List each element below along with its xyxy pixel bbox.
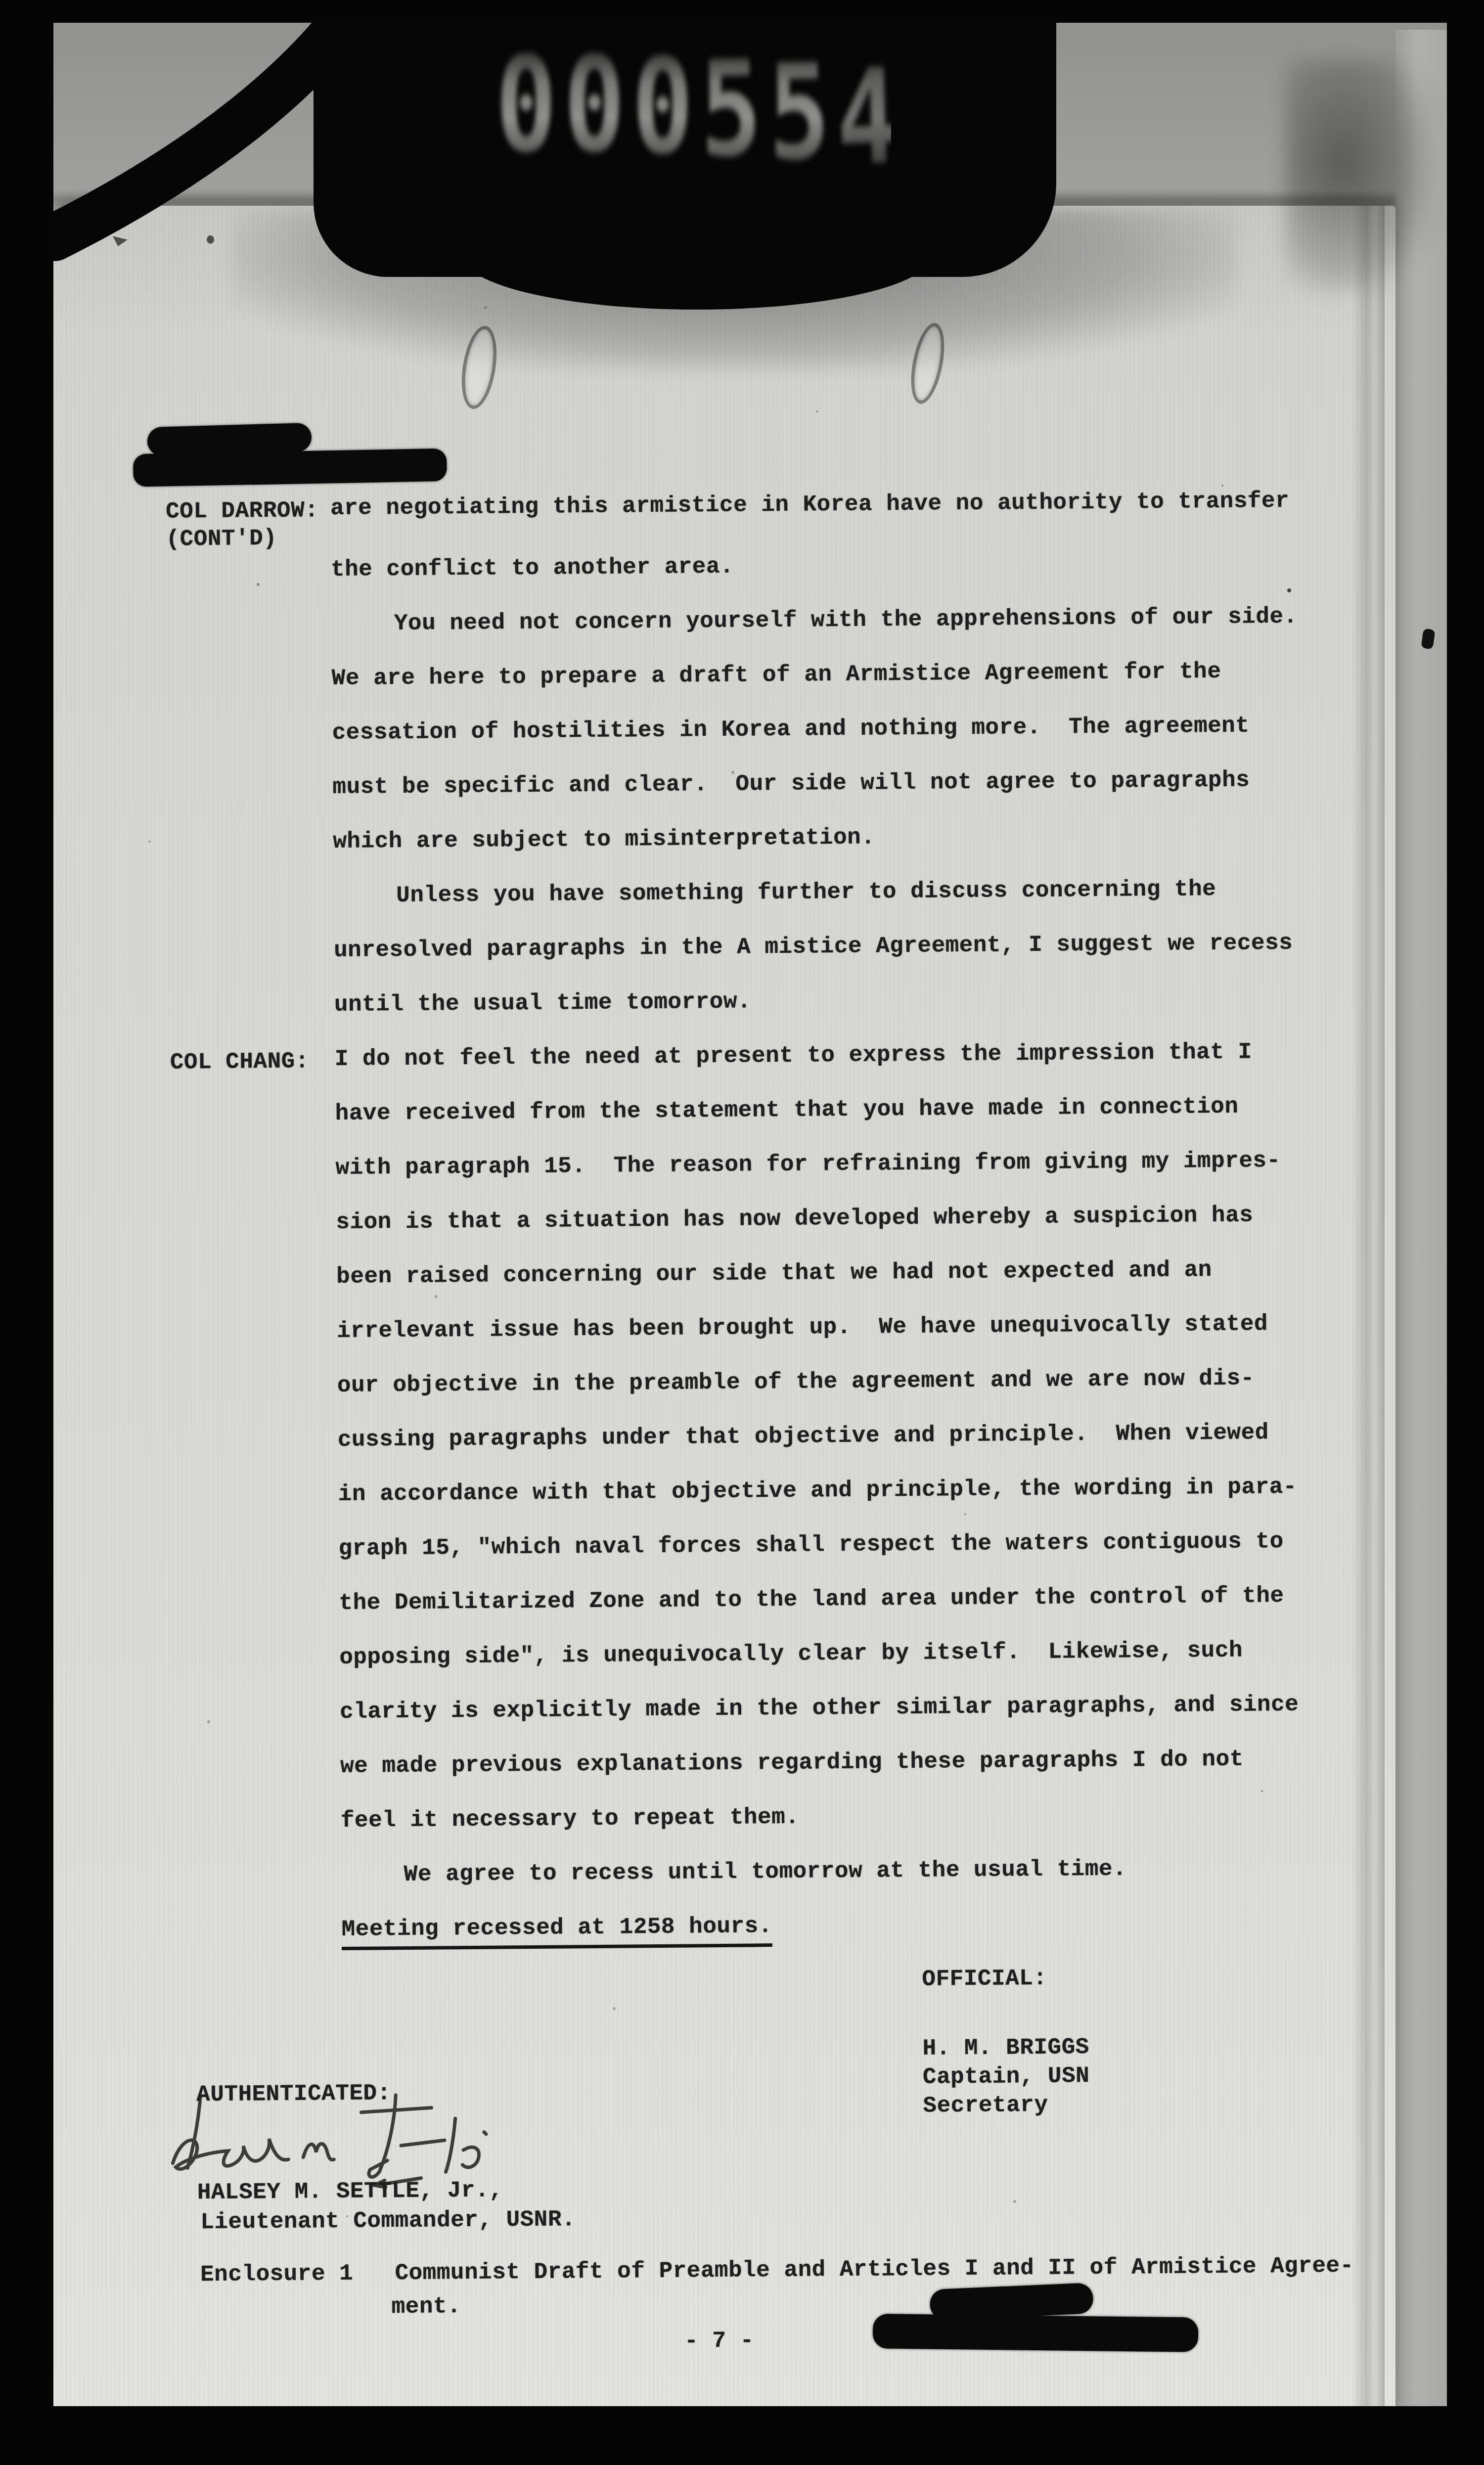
microfilm-scan-page: 000554 COL DARROW:are negotiating this a… <box>0 0 1484 2465</box>
text-line: feel it necessary to repeat them. <box>341 1804 800 1834</box>
text-line: COL DARROW: <box>166 497 319 524</box>
text-line: Secretary <box>923 2092 1048 2119</box>
text-line: - 7 - <box>684 2328 754 2354</box>
text-line: Captain, USN <box>923 2063 1090 2090</box>
text-line: in accordance with that objective and pr… <box>338 1474 1298 1507</box>
text-line: We are here to prepare a draft of an Arm… <box>332 659 1221 691</box>
text-line: the Demilitarized Zone and to the land a… <box>339 1583 1284 1616</box>
redaction-bar-top-2 <box>133 448 447 487</box>
redaction-bar-bottom-2 <box>873 2314 1199 2352</box>
text-line: we made previous explanations regarding … <box>340 1747 1244 1779</box>
typed-text-layer: COL DARROW:are negotiating this armistic… <box>0 0 1484 2465</box>
text-line: unresolved paragraphs in the A mistice A… <box>334 930 1293 963</box>
text-line: irrelevant issue has been brought up. We… <box>337 1311 1268 1344</box>
text-line: Unless you have something further to dis… <box>396 876 1216 908</box>
text-line: (CONT'D) <box>166 526 277 552</box>
text-line: cussing paragraphs under that objective … <box>338 1420 1269 1453</box>
text-line: COL CHANG: <box>170 1048 309 1075</box>
film-edge-left <box>0 0 53 2465</box>
text-line: been raised concerning our side that we … <box>336 1257 1212 1290</box>
film-edge-bottom <box>0 2406 1484 2465</box>
text-line: Lieutenant Commander, USNR. <box>200 2206 576 2235</box>
text-line: H. M. BRIGGS <box>922 2034 1089 2062</box>
text-line: I do not feel the need at present to exp… <box>335 1039 1252 1072</box>
text-line: sion is that a situation has now develop… <box>336 1202 1253 1235</box>
text-line: with paragraph 15. The reason for refrai… <box>335 1148 1280 1181</box>
text-line: are negotiating this armistice in Korea … <box>330 488 1290 521</box>
text-line: which are subject to misinterpretation. <box>333 824 875 854</box>
text-line: our objective in the preamble of the agr… <box>337 1365 1255 1398</box>
text-line: ment. <box>391 2293 461 2320</box>
text-line: AUTHENTICATED: <box>196 2080 391 2107</box>
film-edge-right <box>1447 0 1484 2465</box>
text-line: HALSEY M. SETTLE, Jr., <box>197 2177 503 2205</box>
text-line: We agree to recess until tomorrow at the… <box>404 1856 1127 1887</box>
text-line: graph 15, "which naval forces shall resp… <box>338 1528 1283 1562</box>
text-line: the conflict to another area. <box>331 554 734 583</box>
text-line: until the usual time tomorrow. <box>334 988 752 1018</box>
text-line: cessation of hostilities in Korea and no… <box>332 713 1249 746</box>
text-line: must be specific and clear. Our side wil… <box>332 767 1250 800</box>
text-line: opposing side", is unequivocally clear b… <box>339 1638 1243 1670</box>
text-line: You need not concern yourself with the a… <box>394 604 1298 636</box>
text-line: clarity is explicitly made in the other … <box>340 1692 1299 1725</box>
text-line: Meeting recessed at 1258 hours. <box>341 1913 772 1950</box>
text-line: have received from the statement that yo… <box>335 1094 1238 1126</box>
text-line: Enclosure 1 Communist Draft of Preamble … <box>200 2253 1354 2287</box>
film-edge-top <box>0 0 1484 23</box>
text-line: OFFICIAL: <box>922 1966 1047 1992</box>
